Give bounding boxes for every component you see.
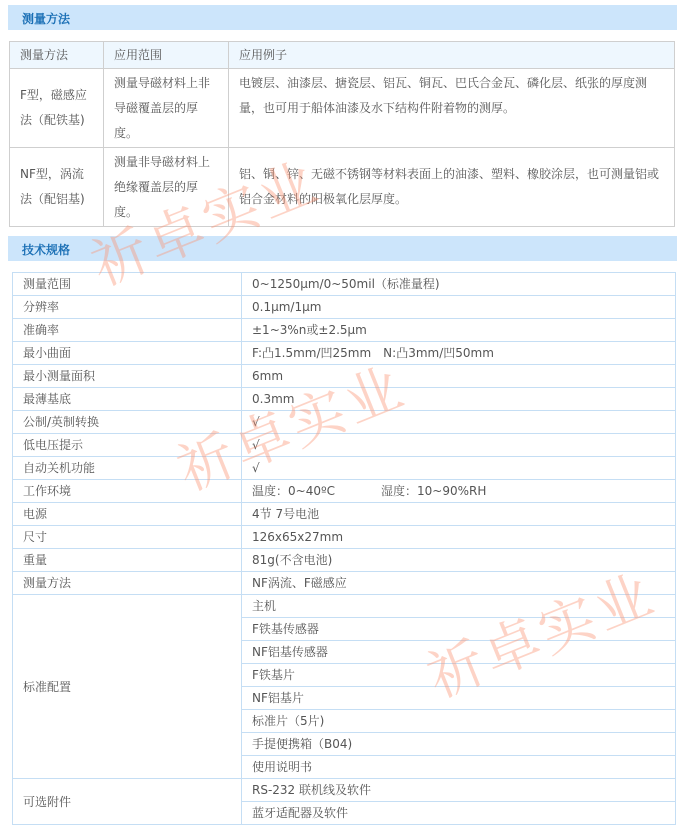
spec-key: 分辨率 bbox=[13, 296, 242, 319]
spec-key: 公制/英制转换 bbox=[13, 411, 242, 434]
spec-key: 自动关机功能 bbox=[13, 457, 242, 480]
humidity-value: 湿度：10~90%RH bbox=[381, 484, 486, 498]
specs-table: 测量范围0~1250μm/0~50mil（标准量程) 分辨率0.1μm/1μm … bbox=[12, 272, 676, 825]
accessory-item: RS-232 联机线及软件 bbox=[242, 779, 676, 802]
spec-value: ±1~3%n或±2.5μm bbox=[242, 319, 676, 342]
table-row: 标准配置主机 bbox=[13, 595, 676, 618]
spec-value: 温度：0~40ºC湿度：10~90%RH bbox=[242, 480, 676, 503]
spec-key: 工作环境 bbox=[13, 480, 242, 503]
table-row: 准确率±1~3%n或±2.5μm bbox=[13, 319, 676, 342]
spec-key: 最小测量面积 bbox=[13, 365, 242, 388]
section-header-methods: 测量方法 bbox=[8, 5, 677, 30]
check-mark-icon: √ bbox=[242, 434, 676, 457]
method-cell: NF型，涡流法（配铝基) bbox=[10, 148, 104, 227]
section-title: 测量方法 bbox=[22, 10, 70, 27]
temperature-value: 温度：0~40ºC bbox=[252, 484, 335, 498]
table-row: 电源4节 7号电池 bbox=[13, 503, 676, 526]
table-header-row: 测量方法 应用范围 应用例子 bbox=[10, 42, 675, 69]
spec-value: 81g(不含电池) bbox=[242, 549, 676, 572]
table-row: F型，磁感应法（配铁基) 测量导磁材料上非导磁覆盖层的厚度。 电镀层、油漆层、搪… bbox=[10, 69, 675, 148]
table-row: 最薄基底0.3mm bbox=[13, 388, 676, 411]
spec-key: 测量方法 bbox=[13, 572, 242, 595]
table-row: 公制/英制转换√ bbox=[13, 411, 676, 434]
methods-table: 测量方法 应用范围 应用例子 F型，磁感应法（配铁基) 测量导磁材料上非导磁覆盖… bbox=[9, 41, 675, 227]
table-row: 最小曲面F:凸1.5mm/凹25mm N:凸3mm/凹50mm bbox=[13, 342, 676, 365]
table-row: 尺寸126x65x27mm bbox=[13, 526, 676, 549]
spec-key: 电源 bbox=[13, 503, 242, 526]
spec-key: 最薄基底 bbox=[13, 388, 242, 411]
table-row: NF型，涡流法（配铝基) 测量非导磁材料上绝缘覆盖层的厚度。 铝、铜、锌、无磁不… bbox=[10, 148, 675, 227]
examples-cell: 电镀层、油漆层、搪瓷层、铝瓦、铜瓦、巴氏合金瓦、磷化层、纸张的厚度测量，也可用于… bbox=[229, 69, 675, 148]
spec-value: F:凸1.5mm/凹25mm N:凸3mm/凹50mm bbox=[242, 342, 676, 365]
spec-key: 准确率 bbox=[13, 319, 242, 342]
spec-value: 6mm bbox=[242, 365, 676, 388]
spec-value: 0~1250μm/0~50mil（标准量程) bbox=[242, 273, 676, 296]
config-item: NF铝基片 bbox=[242, 687, 676, 710]
spec-value: 0.3mm bbox=[242, 388, 676, 411]
spec-key: 低电压提示 bbox=[13, 434, 242, 457]
config-item: F铁基片 bbox=[242, 664, 676, 687]
column-header: 应用范围 bbox=[104, 42, 229, 69]
column-header: 应用例子 bbox=[229, 42, 675, 69]
table-row: 工作环境温度：0~40ºC湿度：10~90%RH bbox=[13, 480, 676, 503]
table-row: 分辨率0.1μm/1μm bbox=[13, 296, 676, 319]
config-item: F铁基传感器 bbox=[242, 618, 676, 641]
table-row: 自动关机功能√ bbox=[13, 457, 676, 480]
check-mark-icon: √ bbox=[242, 411, 676, 434]
spec-key: 最小曲面 bbox=[13, 342, 242, 365]
table-row: 可选附件RS-232 联机线及软件 bbox=[13, 779, 676, 802]
accessory-item: 蓝牙适配器及软件 bbox=[242, 802, 676, 825]
section-title: 技术规格 bbox=[22, 241, 70, 258]
config-item: NF铝基传感器 bbox=[242, 641, 676, 664]
column-header: 测量方法 bbox=[10, 42, 104, 69]
spec-value: 4节 7号电池 bbox=[242, 503, 676, 526]
table-row: 最小测量面积6mm bbox=[13, 365, 676, 388]
range-cell: 测量导磁材料上非导磁覆盖层的厚度。 bbox=[104, 69, 229, 148]
check-mark-icon: √ bbox=[242, 457, 676, 480]
table-row: 低电压提示√ bbox=[13, 434, 676, 457]
range-cell: 测量非导磁材料上绝缘覆盖层的厚度。 bbox=[104, 148, 229, 227]
config-item: 标准片（5片) bbox=[242, 710, 676, 733]
table-row: 重量81g(不含电池) bbox=[13, 549, 676, 572]
table-row: 测量范围0~1250μm/0~50mil（标准量程) bbox=[13, 273, 676, 296]
method-cell: F型，磁感应法（配铁基) bbox=[10, 69, 104, 148]
spec-key-standard-config: 标准配置 bbox=[13, 595, 242, 779]
spec-key: 尺寸 bbox=[13, 526, 242, 549]
spec-key: 重量 bbox=[13, 549, 242, 572]
spec-value: NF涡流、F磁感应 bbox=[242, 572, 676, 595]
config-item: 手提便携箱（B04) bbox=[242, 733, 676, 756]
config-item: 使用说明书 bbox=[242, 756, 676, 779]
spec-key: 测量范围 bbox=[13, 273, 242, 296]
spec-key-optional-accessories: 可选附件 bbox=[13, 779, 242, 825]
section-header-specs: 技术规格 bbox=[8, 236, 677, 261]
spec-value: 0.1μm/1μm bbox=[242, 296, 676, 319]
examples-cell: 铝、铜、锌、无磁不锈钢等材料表面上的油漆、塑料、橡胶涂层，也可测量铝或铝合金材料… bbox=[229, 148, 675, 227]
spec-value: 126x65x27mm bbox=[242, 526, 676, 549]
config-item: 主机 bbox=[242, 595, 676, 618]
table-row: 测量方法NF涡流、F磁感应 bbox=[13, 572, 676, 595]
